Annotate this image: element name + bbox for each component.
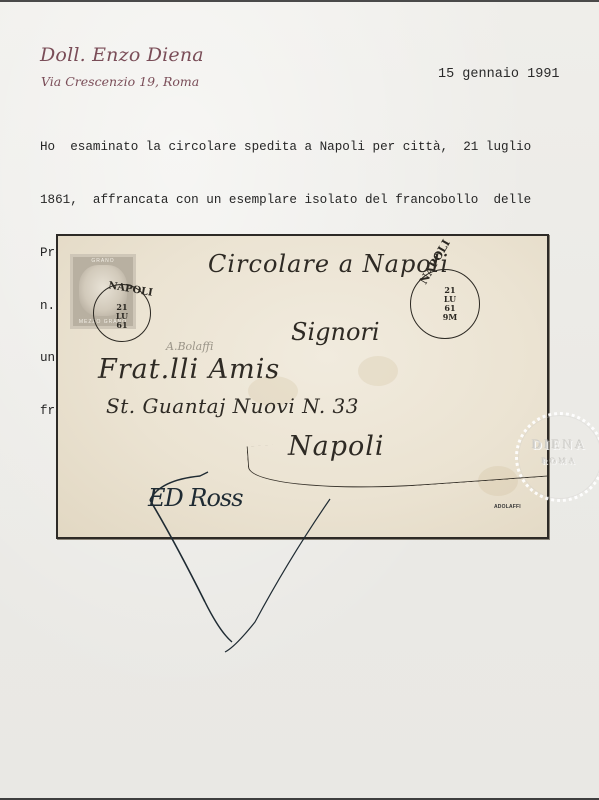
cover-photo: GRANO MEZZO GRANO NAPOLI 21 LU 61 NAPOLI… xyxy=(56,234,549,539)
handwriting-signori: Signori xyxy=(291,318,380,346)
seal-city: ROMA xyxy=(518,457,599,466)
postmark-on-stamp: NAPOLI 21 LU 61 xyxy=(93,284,151,342)
embossed-seal: DIENA ROMA xyxy=(515,412,599,502)
certificate-line: 1861, affrancata con un esemplare isolat… xyxy=(40,192,560,210)
pencil-note: A.Bolaffi xyxy=(166,340,214,353)
seal-name: DIENA xyxy=(518,437,599,453)
postmark-date: 21 LU 61 9M xyxy=(421,286,479,322)
bolaffi-mark: ADOLAFFI xyxy=(494,504,521,510)
handwriting-addressee: Frat.lli Amis xyxy=(98,354,280,385)
stamp-top-label: GRANO xyxy=(73,258,133,264)
postmark-year: 61 xyxy=(94,321,150,330)
certificate-page: Doll. Enzo Diena Via Crescenzio 19, Roma… xyxy=(0,0,599,800)
postmark-ring-text: NAPOLI xyxy=(107,280,153,299)
postmark-date: 21 LU 61 xyxy=(94,303,150,330)
handwriting-circolare: Circolare a Napoli xyxy=(208,250,449,278)
certificate-line: Ho esaminato la circolare spedita a Napo… xyxy=(40,139,560,157)
handwriting-street: St. Guantaj Nuovi N. 33 xyxy=(106,394,359,418)
certificate-date: 15 gennaio 1991 xyxy=(438,67,560,82)
postmark-hour: 9M xyxy=(421,313,479,322)
stain xyxy=(358,356,398,386)
postmark-address: NAPOLI 21 LU 61 9M xyxy=(410,269,480,339)
expert-signature: ED Ross xyxy=(148,484,243,512)
letterhead-address: Via Crescenzio 19, Roma xyxy=(41,74,199,89)
letterhead-name: Doll. Enzo Diena xyxy=(40,44,204,66)
